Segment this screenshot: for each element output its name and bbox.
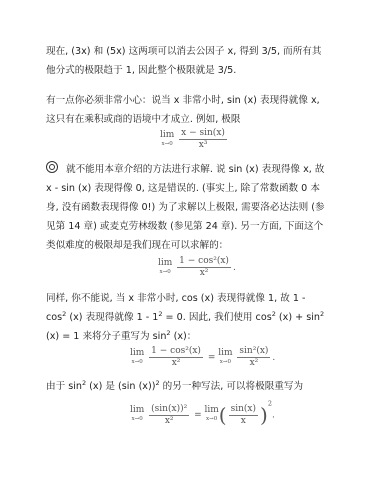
formula-1: limx→0 x − sin(x)x³ <box>160 128 229 151</box>
paragraph-5: 由于 sin2 (x) 是 (sin (x))2 的另一种写法, 可以将极限重写… <box>46 377 328 396</box>
danger-target-icon <box>46 161 58 173</box>
paragraph-4: 同样, 你不能说, 当 x 非常小时, cos (x) 表现得就像 1, 故 1… <box>46 289 328 346</box>
formula-2: limx→0 1 − cos²(x)x². <box>158 256 236 279</box>
paragraph-1: 现在, (3x) 和 (5x) 这两项可以消去公因子 x, 得到 3/5, 而所… <box>46 42 328 80</box>
paragraph-2: 有一点你必须非常小心：说当 x 非常小时, sin (x) 表现得就像 x, 这… <box>46 91 328 129</box>
paragraph-3: 就不能用本章介绍的方法进行求解. 说 sin (x) 表现得像 x, 故 x -… <box>46 160 328 255</box>
formula-4: limx→0 (sin(x))²x² = limx→0(sin(x)x)2. <box>130 403 275 427</box>
formula-3: limx→0 1 − cos²(x)x² = limx→0 sin²(x)x². <box>130 346 275 369</box>
